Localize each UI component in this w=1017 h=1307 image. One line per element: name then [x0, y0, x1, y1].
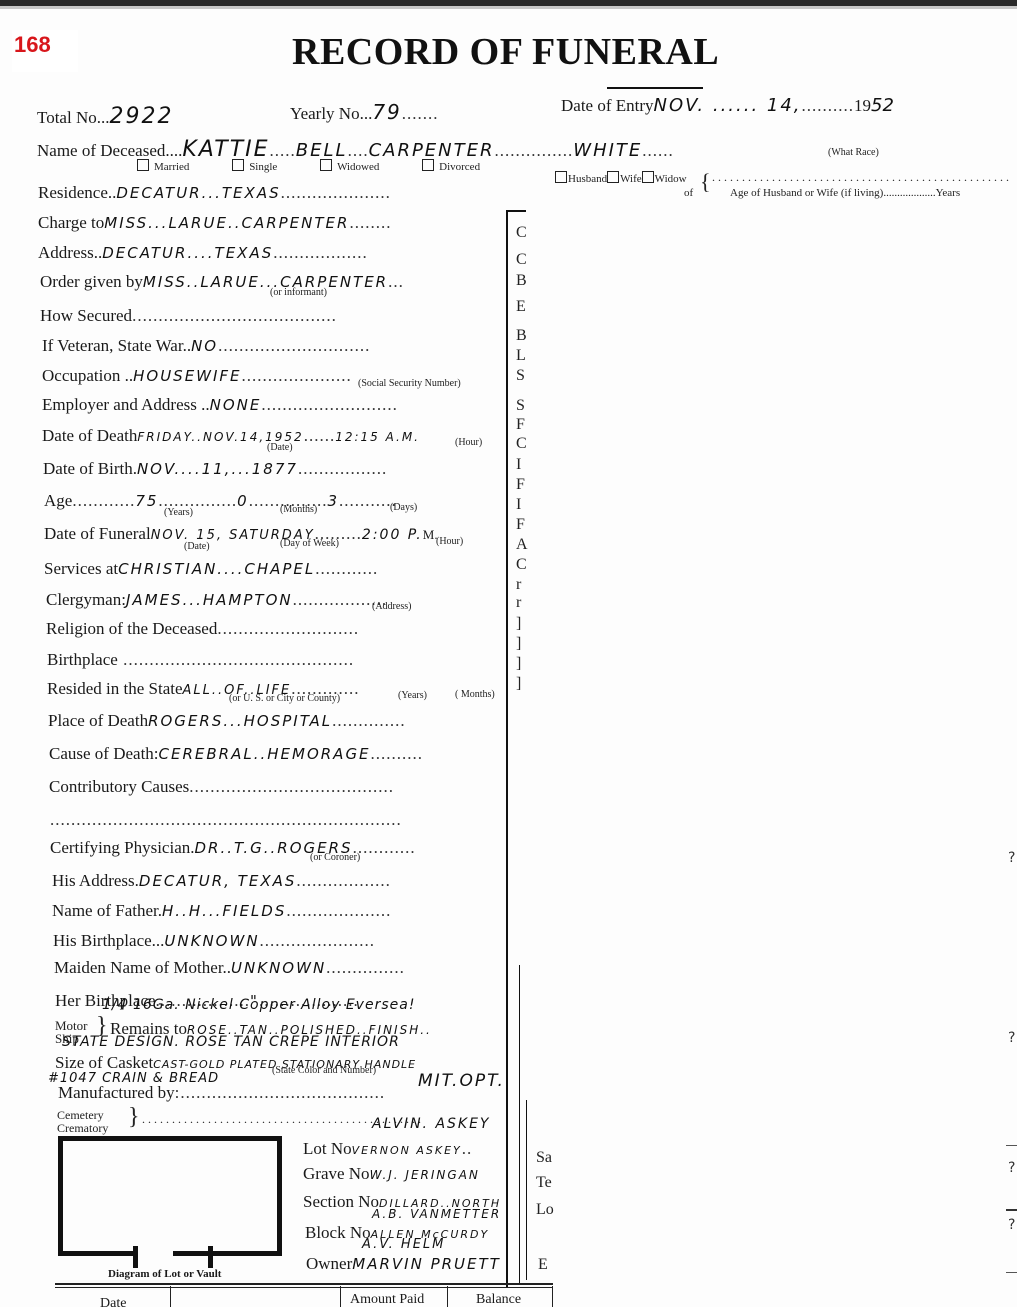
- side-letter: B: [516, 327, 527, 345]
- clergyman-field: Clergyman:JAMES...HAMPTON...............…: [46, 590, 387, 610]
- divorced-checkbox[interactable]: [422, 159, 434, 171]
- field-label: Maiden Name of Mother..: [54, 958, 231, 977]
- owner-label: Owner: [306, 1254, 352, 1273]
- husband-label: Husband: [568, 173, 607, 185]
- funeral-hour-value: 2:00 P.: [362, 527, 423, 543]
- pallbearer-8: MARVIN PRUETT: [352, 1255, 501, 1273]
- table-top-rule-2: [55, 1287, 553, 1288]
- years-caption: (Years): [164, 507, 193, 518]
- deceased-last-name: CARPENTER: [369, 140, 495, 161]
- coroner-caption: (or Coroner): [310, 852, 360, 863]
- spouse-years-label: Years: [936, 187, 961, 199]
- margin-mark: ?: [1008, 1160, 1015, 1176]
- spouse-age-text: Age of Husband or Wife (if living): [730, 187, 883, 199]
- address-field: Address..DECATUR....TEXAS...............…: [38, 243, 368, 263]
- page-number-label: 168: [12, 30, 78, 72]
- yearly-no-label: Yearly No...: [290, 104, 372, 123]
- field-label: Name of Father.: [52, 901, 162, 920]
- months-caption: ( Months): [455, 689, 495, 700]
- place-of-death-field: Place of DeathROGERS...HOSPITAL.........…: [48, 711, 406, 731]
- side-letter: F: [516, 476, 525, 494]
- dot-leader: .......................................: [189, 777, 394, 796]
- race-caption: (What Race): [828, 147, 879, 158]
- his-birthplace-field: His Birthplace...UNKNOWN................…: [53, 931, 375, 951]
- wife-label: Wife: [620, 173, 642, 185]
- margin-rule: [1006, 1272, 1017, 1273]
- table-column-divider: [340, 1286, 341, 1307]
- dot-leader: ......: [304, 426, 336, 445]
- husband-checkbox[interactable]: [555, 171, 567, 183]
- married-checkbox[interactable]: [137, 159, 149, 171]
- field-value: CEREBRAL..HEMORAGE: [159, 745, 371, 763]
- dot-leader: ...: [388, 272, 404, 291]
- date-of-entry-label: Date of Entry: [561, 96, 654, 115]
- dot-leader: .....................: [242, 366, 352, 385]
- field-label: Clergyman:: [46, 590, 126, 609]
- months-caption: (Months): [280, 504, 317, 515]
- field-value: JAMES...HAMPTON: [126, 591, 293, 609]
- table-column-divider: [170, 1286, 171, 1307]
- informant-caption: (or informant): [270, 287, 327, 298]
- dot-leader: ..........................: [261, 395, 398, 414]
- field-label: Address..: [38, 243, 102, 262]
- dot-leader: ............: [315, 559, 378, 578]
- dot-leader: .................: [298, 459, 387, 478]
- dot-leader: ...............: [495, 141, 574, 160]
- pallbearer-3: W.J. JERINGAN: [370, 1168, 480, 1182]
- date-of-funeral-field: Date of FuneralNOV. 15, SATURDAY........…: [44, 524, 438, 544]
- side-letter: ]: [516, 615, 521, 633]
- yearly-no-field: Yearly No...79.......: [290, 100, 439, 124]
- side-letter: S: [516, 367, 525, 385]
- religion-field: Religion of the Deceased................…: [46, 619, 359, 639]
- dot-leader: .......................................: [132, 306, 337, 325]
- death-hour-value: 12:15 A.M.: [335, 430, 420, 444]
- field-label: Size of Casket: [55, 1053, 153, 1072]
- dot-leader: ............: [72, 491, 135, 510]
- dot-leader: .......: [402, 104, 439, 123]
- field-label: Religion of the Deceased: [46, 619, 217, 638]
- diagram-left-post: [133, 1246, 138, 1268]
- field-label: Contributory Causes: [49, 777, 189, 796]
- order-given-by-field: Order given byMISS..LARUE...CARPENTER...: [40, 272, 404, 292]
- field-value: MISS..LARUE...CARPENTER: [143, 273, 388, 291]
- charge-to-field: Charge toMISS...LARUE..CARPENTER........: [38, 213, 391, 233]
- side-letter: ]: [516, 655, 521, 673]
- side-letter: S: [516, 397, 525, 415]
- cemetery-right-divider: [526, 1100, 527, 1280]
- how-secured-field: How Secured.............................…: [40, 306, 337, 326]
- field-label: Cause of Death:: [49, 744, 159, 763]
- field-value: UNKNOWN: [231, 959, 326, 977]
- address-caption: (Address): [372, 601, 411, 612]
- field-value: NOV....11,...1877: [137, 460, 298, 478]
- table-column-divider: [552, 1286, 553, 1307]
- form-column-divider: [506, 210, 508, 1288]
- widowed-checkbox[interactable]: [320, 159, 332, 171]
- block-no-label: Block No: [305, 1223, 371, 1242]
- wife-checkbox[interactable]: [607, 171, 619, 183]
- crematory-label: Crematory: [57, 1121, 108, 1136]
- field-value: UNKNOWN: [164, 932, 259, 950]
- total-no-label: Total No...: [37, 108, 109, 127]
- dot-leader: ..........: [802, 96, 855, 115]
- occupation-field: Occupation ..HOUSEWIFE..................…: [42, 366, 352, 386]
- field-label: His Address.: [52, 871, 139, 890]
- days-caption: (Days): [390, 502, 417, 513]
- dot-leader: ...........: [339, 491, 397, 510]
- dot-leader: ........................................…: [50, 810, 402, 829]
- pallbearer-2: VERNON ASKEY: [352, 1144, 462, 1157]
- date-caption: (Date): [184, 541, 210, 552]
- side-letter: I: [516, 496, 521, 514]
- pallbearer-7: A.V. HELM: [362, 1237, 445, 1252]
- widowed-label: Widowed: [337, 161, 379, 173]
- field-value: ROGERS...HOSPITAL: [148, 712, 332, 730]
- place-caption: (or U. S. or City or County): [229, 693, 340, 704]
- side-letter: F: [516, 516, 525, 534]
- dot-leader: .............................: [218, 336, 370, 355]
- field-label: Charge to: [38, 213, 104, 232]
- years-caption: (Years): [398, 690, 427, 701]
- date-of-entry-field: Date of EntryNOV. ...... 14,..........19…: [561, 95, 894, 116]
- side-letter: Te: [536, 1174, 552, 1192]
- diagram-opening: [138, 1242, 173, 1256]
- dot-leader: ...............: [326, 958, 405, 977]
- ssn-caption: (Social Security Number): [358, 378, 461, 389]
- services-at-field: Services atCHRISTIAN....CHAPEL..........…: [44, 559, 378, 579]
- dot-leader: ........................................…: [712, 170, 1012, 185]
- veteran-field: If Veteran, State War..NO...............…: [42, 336, 370, 356]
- field-label: Age: [44, 491, 72, 510]
- date-caption: (Date): [267, 442, 293, 453]
- side-letter: ]: [516, 635, 521, 653]
- side-letter: L: [516, 347, 526, 365]
- marital-status-options: Married Single Widowed Divorced: [137, 159, 480, 173]
- day-of-week-caption: (Day of Week): [280, 538, 339, 549]
- side-letter: A: [516, 536, 528, 554]
- field-label: Employer and Address ..: [42, 395, 210, 414]
- field-value: CHRISTIAN....CHAPEL: [118, 560, 315, 578]
- total-no-value: 2922: [109, 104, 173, 129]
- field-label: Date of Death: [42, 426, 137, 445]
- deceased-middle-name: BELL: [296, 140, 348, 161]
- grave-no-field: Grave NoW.J. JERINGAN: [303, 1164, 480, 1184]
- age-months: 0: [237, 492, 249, 510]
- table-header-balance: Balance: [476, 1292, 521, 1307]
- field-label: Residence..: [38, 183, 116, 202]
- widow-checkbox[interactable]: [642, 171, 654, 183]
- field-value: NONE: [210, 396, 262, 414]
- side-letter: Lo: [536, 1201, 554, 1219]
- casket-interior-note: STATE DESIGN. ROSE TAN CREPE INTERIOR: [62, 1034, 400, 1050]
- margin-mark: ?: [1008, 1030, 1015, 1046]
- section-no-label: Section No: [303, 1192, 379, 1211]
- field-value: DECATUR...TEXAS: [116, 184, 280, 202]
- dot-leader: ..................: [273, 243, 368, 262]
- pallbearer-5: A.B. VANMETTER: [372, 1207, 501, 1221]
- manufactured-by-field: Manufactured by:........................…: [58, 1083, 385, 1103]
- side-letter: ]: [516, 675, 521, 693]
- employer-field: Employer and Address ..NONE.............…: [42, 395, 398, 415]
- field-label: Certifying Physician.: [50, 838, 194, 857]
- table-header-amount-paid: Amount Paid: [350, 1292, 424, 1307]
- contributory-causes-field: Contributory Causes.....................…: [49, 777, 394, 797]
- side-letter: F: [516, 416, 525, 434]
- scan-top-shadow: [0, 6, 1017, 9]
- dot-leader: ...................: [883, 187, 935, 199]
- field-label: Order given by: [40, 272, 143, 291]
- side-letter: B: [516, 272, 527, 290]
- residence-field: Residence..DECATUR...TEXAS..............…: [38, 183, 391, 203]
- field-label: How Secured: [40, 306, 132, 325]
- page-title: RECORD OF FUNERAL: [292, 30, 719, 74]
- field-label: Date of Birth.: [43, 459, 137, 478]
- margin-rule: [1006, 1145, 1017, 1146]
- name-of-father-field: Name of Father.H..H...FIELDS............…: [52, 901, 391, 921]
- married-label: Married: [154, 161, 189, 173]
- field-label: Services at: [44, 559, 118, 578]
- brace-icon: {: [700, 169, 711, 195]
- dot-leader: .....: [270, 141, 296, 160]
- divorced-label: Divorced: [439, 161, 480, 173]
- hour-caption: (Hour): [455, 437, 482, 448]
- field-value: NO: [191, 337, 218, 355]
- diagram-right-post: [208, 1246, 213, 1268]
- dot-leader: ....................: [286, 901, 391, 920]
- dot-leader: ..............: [332, 711, 406, 730]
- cause-of-death-field: Cause of Death:CEREBRAL..HEMORAGE.......…: [49, 744, 423, 764]
- widow-label: Widow: [655, 173, 687, 185]
- field-value: MISS...LARUE..CARPENTER: [104, 214, 349, 232]
- dot-leader: :.......................................: [175, 1083, 385, 1102]
- side-letter: Sa: [536, 1149, 552, 1167]
- margin-mark: ?: [1008, 1217, 1015, 1233]
- pallbearer-1: ALVIN. ASKEY: [372, 1116, 490, 1132]
- field-label: Birthplace: [47, 650, 118, 669]
- table-column-divider: [447, 1286, 448, 1307]
- field-label: Manufactured by: [58, 1083, 175, 1102]
- single-label: Single: [249, 161, 277, 173]
- field-label: Date of Funeral: [44, 524, 151, 543]
- dot-leader: ....: [348, 141, 369, 160]
- yearly-no-value: 79: [372, 100, 401, 124]
- lot-diagram: [58, 1136, 282, 1256]
- total-no-field: Total No...2922: [37, 104, 173, 129]
- dot-leader: ......: [642, 141, 674, 160]
- side-letter: E: [516, 298, 526, 316]
- date-of-death-field: Date of DeathFRIDAY..NOV.14,1952......12…: [42, 426, 420, 446]
- deceased-name-label: Name of Deceased....: [37, 141, 182, 160]
- side-letter: r: [516, 594, 521, 612]
- birthplace-field: Birthplace .............................…: [47, 650, 354, 670]
- side-letter: r: [516, 576, 521, 594]
- age-field: Age............75...............0.......…: [44, 491, 397, 511]
- spouse-age-label: Age of Husband or Wife (if living)......…: [730, 187, 960, 199]
- dot-leader: ............: [353, 838, 416, 857]
- diagram-caption: Diagram of Lot or Vault: [108, 1268, 221, 1280]
- spouse-of-label: of: [684, 187, 693, 199]
- dot-leader: .....................: [281, 183, 391, 202]
- dot-leader: ........: [349, 213, 391, 232]
- table-top-rule: [55, 1283, 553, 1285]
- side-letter: C: [516, 251, 527, 269]
- field-value: HOUSEWIFE: [133, 367, 241, 385]
- lot-no-label: Lot No: [303, 1139, 352, 1158]
- age-days: 3: [327, 492, 339, 510]
- deceased-race: WHITE: [573, 140, 642, 161]
- year-prefix: 19: [854, 96, 871, 115]
- casket-metal-note: 1/4 16Ga. Nickel Copper Alloy Eversea!: [102, 997, 415, 1013]
- dot-leader: ...........................: [217, 619, 359, 638]
- grave-no-label: Grave No: [303, 1164, 370, 1183]
- dot-leader: ......................: [260, 931, 376, 950]
- color-number-caption: (State Color and Number): [272, 1065, 376, 1076]
- date-of-entry-value: NOV. ...... 14,: [654, 95, 802, 116]
- field-value: DECATUR, TEXAS: [139, 872, 296, 890]
- dot-leader: ........................................…: [118, 650, 354, 669]
- manufacturer-value: MIT.OPT.: [418, 1071, 505, 1091]
- dot-leader: ..................: [296, 871, 391, 890]
- field-label: Occupation ..: [42, 366, 133, 385]
- side-letter: E: [538, 1256, 548, 1274]
- spouse-options: HusbandWifeWidow: [555, 171, 687, 185]
- title-underline: [607, 87, 703, 89]
- side-letter: C: [516, 556, 527, 574]
- lot-no-field: Lot NoVERNON ASKEY..: [303, 1139, 472, 1159]
- single-checkbox[interactable]: [232, 159, 244, 171]
- owner-field: OwnerMARVIN PRUETT: [306, 1254, 501, 1274]
- side-letter: I: [516, 456, 521, 474]
- margin-rule: [1006, 1209, 1017, 1211]
- maiden-name-of-mother-field: Maiden Name of Mother..UNKNOWN..........…: [54, 958, 405, 978]
- contributory-causes-line-2: ........................................…: [50, 810, 402, 830]
- side-letter: C: [516, 435, 527, 453]
- side-letter: C: [516, 224, 527, 242]
- field-value: H..H...FIELDS: [162, 902, 286, 920]
- field-label: Resided in the State: [47, 679, 183, 698]
- his-address-field: His Address.DECATUR, TEXAS..............…: [52, 871, 391, 891]
- field-value: DECATUR....TEXAS: [102, 244, 273, 262]
- field-label: Place of Death: [48, 711, 148, 730]
- date-of-birth-field: Date of Birth.NOV....11,...1877.........…: [43, 459, 387, 479]
- dot-leader: ..........: [371, 744, 424, 763]
- hour-caption: (Hour): [436, 536, 463, 547]
- year-suffix: 52: [871, 95, 894, 116]
- form-right-edge: [519, 965, 520, 1285]
- brace-icon: }: [128, 1104, 140, 1131]
- form-column-top-cap: [506, 210, 526, 212]
- margin-mark: ?: [1008, 850, 1015, 866]
- field-label: If Veteran, State War..: [42, 336, 191, 355]
- field-label: His Birthplace...: [53, 931, 164, 950]
- certifying-physician-field: Certifying Physician.DR..T.G..ROGERS....…: [50, 838, 416, 858]
- dot-leader: ..: [462, 1139, 473, 1158]
- table-header-date: Date: [100, 1296, 126, 1307]
- age-years: 75: [135, 492, 158, 510]
